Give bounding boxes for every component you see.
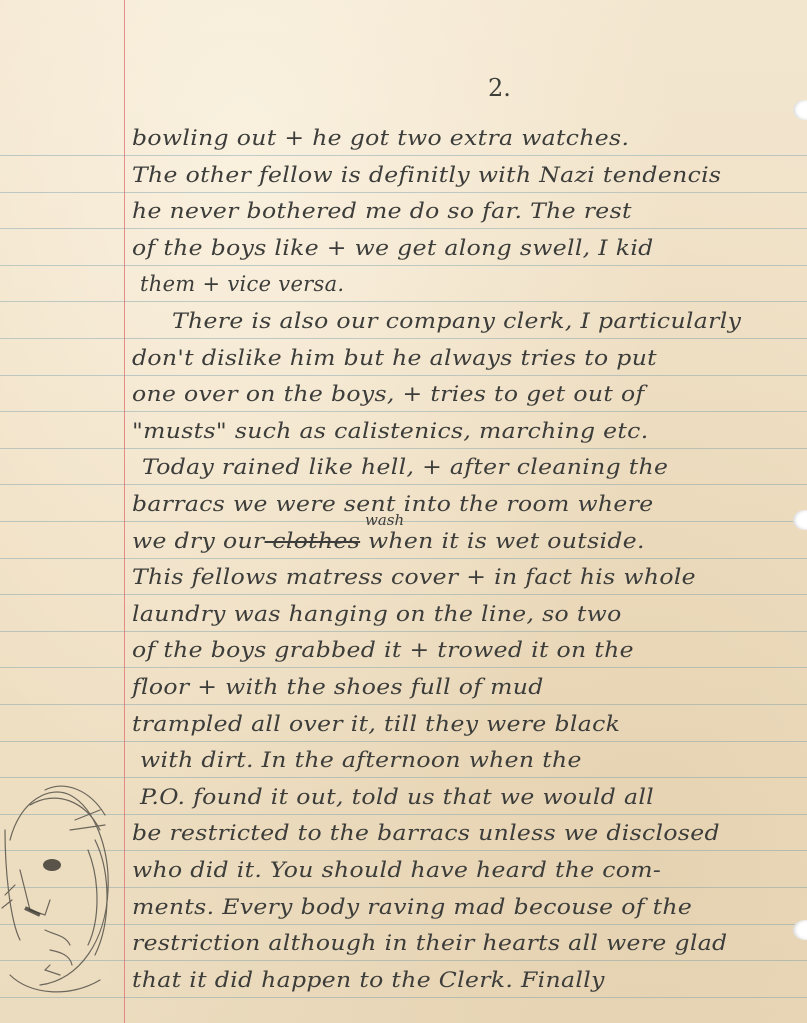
ruled-line	[0, 558, 807, 559]
page-number: 2.	[488, 74, 511, 102]
letter-line: P.O. found it out, told us that we would…	[140, 785, 807, 809]
ruled-line	[0, 338, 807, 339]
letter-line: This fellows matress cover + in fact his…	[132, 565, 807, 589]
letter-line: he never bothered me do so far. The rest	[132, 199, 807, 223]
letter-line: of the boys grabbed it + trowed it on th…	[132, 638, 807, 662]
letter-line: who did it. You should have heard the co…	[132, 858, 807, 882]
letter-line: The other fellow is definitly with Nazi …	[132, 163, 807, 187]
punch-hole-top	[793, 100, 807, 120]
ruled-line	[0, 228, 807, 229]
letter-line: don't dislike him but he always tries to…	[132, 346, 807, 370]
letter-line: There is also our company clerk, I parti…	[172, 309, 807, 333]
ruled-line	[0, 667, 807, 668]
ruled-line	[0, 375, 807, 376]
letter-line: barracs we were sent into the room where	[132, 492, 807, 516]
ruled-line	[0, 741, 807, 742]
ruled-line	[0, 631, 807, 632]
letter-line: one over on the boys, + tries to get out…	[132, 382, 807, 406]
letter-line: be restricted to the barracs unless we d…	[132, 821, 807, 845]
letter-page: 2. bowling out + he got two extra watche…	[0, 0, 807, 1023]
ruled-line	[0, 301, 807, 302]
letter-line: that it did happen to the Clerk. Finally	[132, 968, 807, 992]
letter-line: them + vice versa.	[140, 272, 800, 296]
letter-line: restriction although in their hearts all…	[132, 931, 807, 955]
ruled-line	[0, 265, 807, 266]
letter-line: Today rained like hell, + after cleaning…	[142, 455, 807, 479]
letter-line: bowling out + he got two extra watches.	[132, 126, 807, 150]
line-suffix: when it is wet outside.	[360, 529, 645, 553]
letter-line: trampled all over it, till they were bla…	[132, 712, 807, 736]
ruled-line	[0, 192, 807, 193]
ruled-line	[0, 411, 807, 412]
letter-line: we dry our clothes when it is wet outsid…	[132, 529, 807, 553]
ruled-line	[0, 484, 807, 485]
ruled-line	[0, 704, 807, 705]
letter-line: floor + with the shoes full of mud	[132, 675, 807, 699]
ruled-line	[0, 594, 807, 595]
letter-line: with dirt. In the afternoon when the	[140, 748, 807, 772]
struck-word: clothes	[265, 529, 361, 553]
letter-line: of the boys like + we get along swell, I…	[132, 236, 807, 260]
ruled-line	[0, 448, 807, 449]
letter-line: laundry was hanging on the line, so two	[132, 602, 807, 626]
letter-line: ments. Every body raving mad becouse of …	[132, 895, 807, 919]
letter-line: "musts" such as calistenics, marching et…	[132, 419, 807, 443]
ruled-line	[0, 155, 807, 156]
face-sketch-icon	[0, 770, 125, 1010]
inserted-word: wash	[365, 511, 404, 529]
